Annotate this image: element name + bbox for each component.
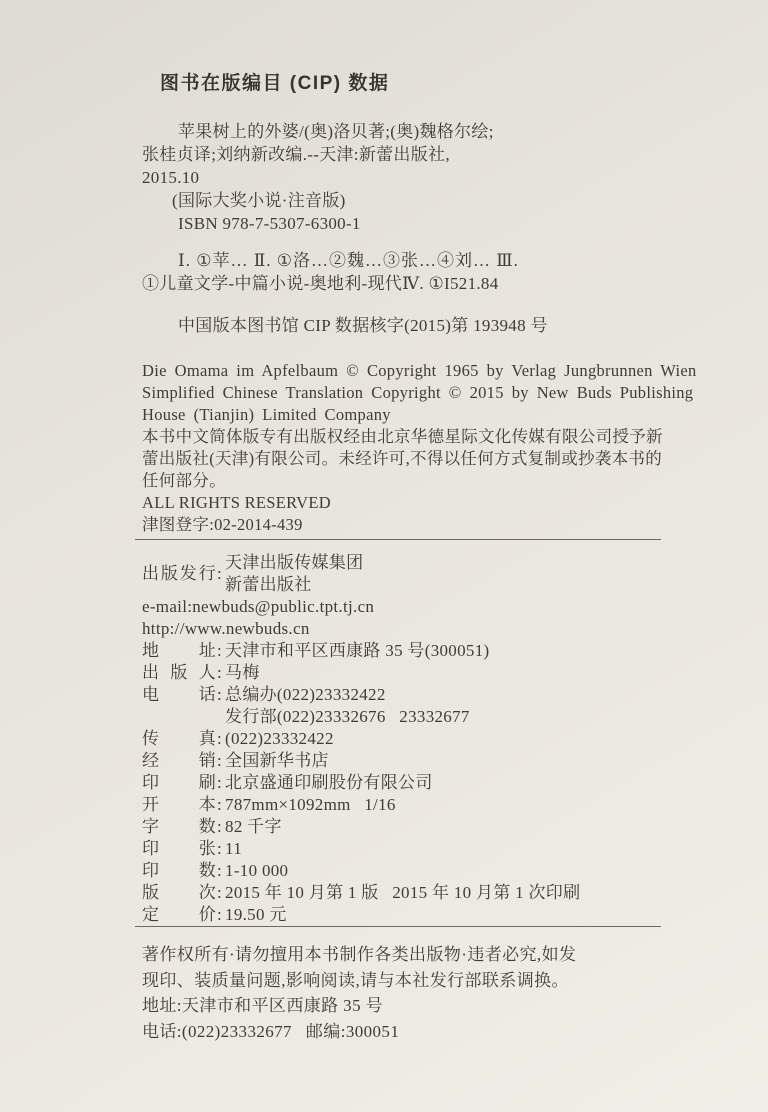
cip-line: (国际大奖小说·注音版) (142, 189, 712, 212)
publication-value-line: 北京盛通印刷股份有限公司 (225, 772, 433, 794)
publication-plain-line: http://www.newbuds.cn (142, 618, 712, 640)
copyright-line: House (Tianjin) Limited Company (142, 404, 712, 426)
publication-colon: : (217, 904, 222, 926)
publication-value-line: 11 (225, 838, 242, 860)
publication-colon: : (217, 684, 222, 706)
publication-value-line: 总编办(022)23332422 (225, 684, 470, 706)
cip-line: 张桂贞译;刘纳新改编.--天津:新蕾出版社, (142, 143, 712, 166)
publication-value: 北京盛通印刷股份有限公司 (225, 772, 433, 794)
publication-value-line: 马梅 (225, 662, 260, 684)
publication-value-line: 天津出版传媒集团 (225, 552, 363, 574)
classification-line: ①儿童文学-中篇小说-奥地利-现代Ⅳ. ①I521.84 (142, 272, 712, 295)
publication-value: 马梅 (225, 662, 260, 684)
publication-row: 版次:2015 年 10 月第 1 版 2015 年 10 月第 1 次印刷 (142, 882, 712, 904)
publication-row: 出版发行:天津出版传媒集团新蕾出版社 (142, 552, 712, 596)
publication-value: 天津市和平区西康路 35 号(300051) (225, 640, 489, 662)
copyright-line: 本书中文简体版专有出版权经由北京华德星际文化传媒有限公司授予新 (142, 426, 712, 448)
publication-value: 82 千字 (225, 816, 282, 838)
publication-value-line: 新蕾出版社 (225, 574, 363, 596)
notice-line: 电话:(022)23332677 邮编:300051 (142, 1019, 712, 1045)
publication-value-line: 天津市和平区西康路 35 号(300051) (225, 640, 489, 662)
publication-label: 出版发行 (142, 563, 216, 585)
publication-colon: : (217, 563, 222, 585)
cip-description-block: 苹果树上的外婆/(奥)洛贝著;(奥)魏格尔绘;张桂贞译;刘纳新改编.--天津:新… (142, 120, 712, 235)
publication-value-line: 发行部(022)23332676 23332677 (225, 706, 470, 728)
publication-info-block: 出版发行:天津出版传媒集团新蕾出版社e-mail:newbuds@public.… (142, 552, 712, 926)
copyright-block: Die Omama im Apfelbaum © Copyright 1965 … (142, 360, 712, 536)
publication-value: 787mm×1092mm 1/16 (225, 794, 396, 816)
publication-value-line: 19.50 元 (225, 904, 287, 926)
publication-value: 11 (225, 838, 242, 860)
copyright-line: 津图登字:02-2014-439 (142, 514, 712, 536)
publication-value: 天津出版传媒集团新蕾出版社 (225, 552, 363, 596)
copyright-line: Die Omama im Apfelbaum © Copyright 1965 … (142, 360, 712, 382)
cip-line: 2015.10 (142, 166, 712, 189)
publication-row: 印数:1-10 000 (142, 860, 712, 882)
copyright-line: ALL RIGHTS RESERVED (142, 492, 712, 514)
publication-row: 字数:82 千字 (142, 816, 712, 838)
publication-value: (022)23332422 (225, 728, 334, 750)
copyright-line: 任何部分。 (142, 470, 712, 492)
publication-label: 印刷 (142, 772, 216, 794)
publication-label: 印张 (142, 838, 216, 860)
book-copyright-page: 图书在版编目 (CIP) 数据 苹果树上的外婆/(奥)洛贝著;(奥)魏格尔绘;张… (0, 0, 768, 1112)
notice-line: 著作权所有·请勿擅用本书制作各类出版物·违者必究,如发 (142, 942, 712, 968)
publication-colon: : (217, 750, 222, 772)
publication-label: 地址 (142, 640, 216, 662)
publication-label: 电话 (142, 684, 216, 706)
publication-value-line: 全国新华书店 (225, 750, 329, 772)
publication-value: 总编办(022)23332422发行部(022)23332676 2333267… (225, 684, 470, 728)
divider-rule-top (135, 539, 661, 540)
classification-line: Ⅰ. ①苹… Ⅱ. ①洛…②魏…③张…④刘… Ⅲ. (142, 249, 712, 272)
cip-record-number: 中国版本图书馆 CIP 数据核字(2015)第 193948 号 (142, 314, 712, 337)
publication-label: 字数 (142, 816, 216, 838)
publication-colon: : (217, 662, 222, 684)
publication-value: 全国新华书店 (225, 750, 329, 772)
publication-row: 经销:全国新华书店 (142, 750, 712, 772)
publication-value: 19.50 元 (225, 904, 287, 926)
publication-label: 经销 (142, 750, 216, 772)
publication-colon: : (217, 772, 222, 794)
cip-header: 图书在版编目 (CIP) 数据 (160, 72, 712, 96)
publication-plain-line: e-mail:newbuds@public.tpt.tj.cn (142, 596, 712, 618)
publication-value-line: 82 千字 (225, 816, 282, 838)
publication-row: 出版人:马梅 (142, 662, 712, 684)
publication-colon: : (217, 794, 222, 816)
publication-row: 开本:787mm×1092mm 1/16 (142, 794, 712, 816)
publication-label: 定价 (142, 904, 216, 926)
publication-colon: : (217, 640, 222, 662)
publication-row: 印刷:北京盛通印刷股份有限公司 (142, 772, 712, 794)
publication-colon: : (217, 728, 222, 750)
publication-value: 1-10 000 (225, 860, 288, 882)
publication-label: 开本 (142, 794, 216, 816)
publication-value-line: 787mm×1092mm 1/16 (225, 794, 396, 816)
publication-row: 印张:11 (142, 838, 712, 860)
cip-line: ISBN 978-7-5307-6300-1 (142, 212, 712, 235)
publication-value-line: 2015 年 10 月第 1 版 2015 年 10 月第 1 次印刷 (225, 882, 580, 904)
publication-row: 地址:天津市和平区西康路 35 号(300051) (142, 640, 712, 662)
notice-line: 现印、装质量问题,影响阅读,请与本社发行部联系调换。 (142, 968, 712, 994)
cip-classification-block: Ⅰ. ①苹… Ⅱ. ①洛…②魏…③张…④刘… Ⅲ.①儿童文学-中篇小说-奥地利-… (142, 249, 712, 295)
publication-colon: : (217, 882, 222, 904)
publication-colon: : (217, 860, 222, 882)
copyright-line: Simplified Chinese Translation Copyright… (142, 382, 712, 404)
cip-line: 苹果树上的外婆/(奥)洛贝著;(奥)魏格尔绘; (142, 120, 712, 143)
divider-rule-bottom (135, 926, 661, 927)
publication-row: 传真:(022)23332422 (142, 728, 712, 750)
publication-label: 印数 (142, 860, 216, 882)
publication-value-line: 1-10 000 (225, 860, 288, 882)
publication-value-line: (022)23332422 (225, 728, 334, 750)
copyright-line: 蕾出版社(天津)有限公司。未经许可,不得以任何方式复制或抄袭本书的 (142, 448, 712, 470)
publication-row: 定价:19.50 元 (142, 904, 712, 926)
publication-value: 2015 年 10 月第 1 版 2015 年 10 月第 1 次印刷 (225, 882, 580, 904)
publication-colon: : (217, 838, 222, 860)
publication-colon: : (217, 816, 222, 838)
publication-label: 版次 (142, 882, 216, 904)
publication-label: 出版人 (142, 662, 216, 684)
rights-notice-block: 著作权所有·请勿擅用本书制作各类出版物·违者必究,如发现印、装质量问题,影响阅读… (142, 942, 712, 1044)
notice-line: 地址:天津市和平区西康路 35 号 (142, 993, 712, 1019)
publication-row: 电话:总编办(022)23332422发行部(022)23332676 2333… (142, 684, 712, 728)
publication-label: 传真 (142, 728, 216, 750)
